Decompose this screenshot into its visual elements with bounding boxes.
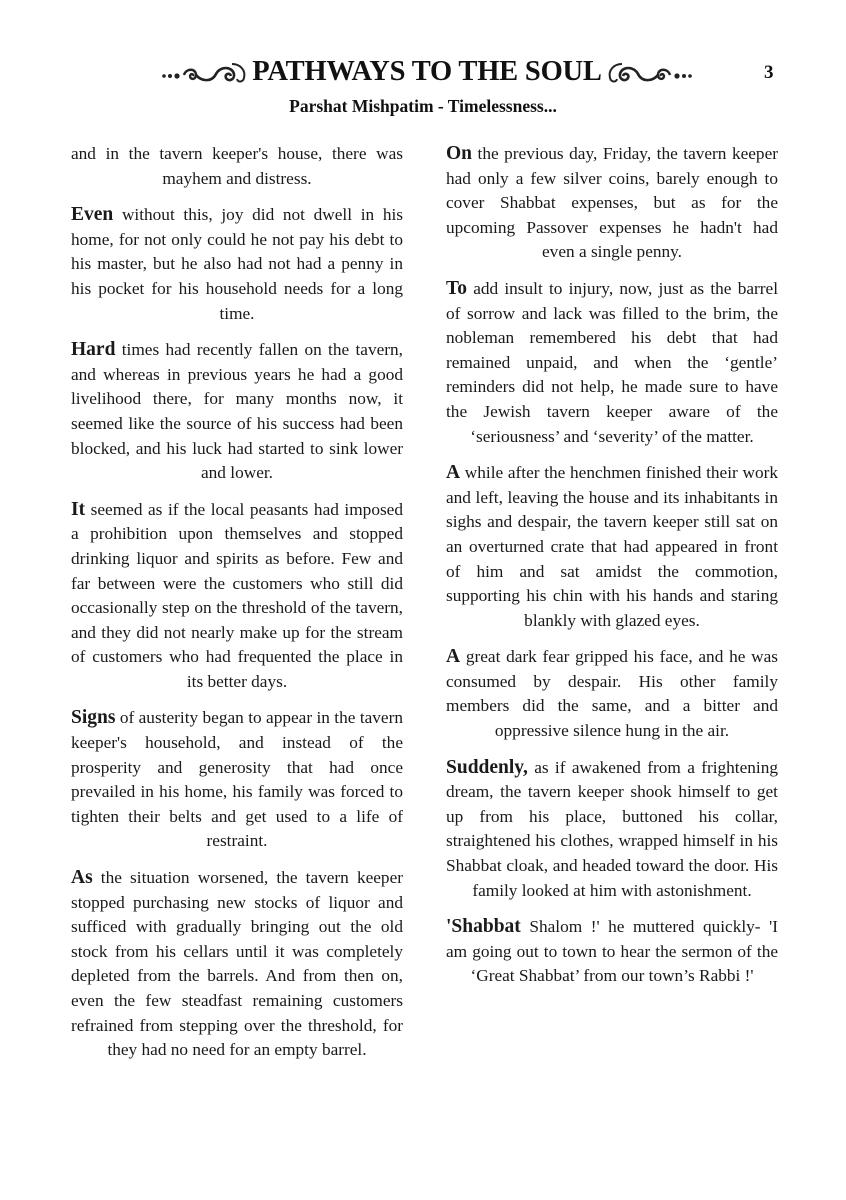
paragraph-lead-word: Suddenly, [446, 757, 528, 778]
paragraph-lead-word: Even [71, 204, 113, 225]
ornament-scroll-right-icon [606, 58, 694, 86]
paragraph-lead-word: As [71, 867, 93, 888]
paragraph-lead-word: To [446, 278, 467, 299]
paragraph: A great dark fear gripped his face, and … [446, 645, 778, 743]
paragraph: 'Shabbat Shalom !' he muttered quickly- … [446, 915, 778, 989]
article-subtitle: Parshat Mishpatim - Timelessness... [0, 96, 846, 117]
paragraph-text: the previous day, Friday, the tavern kee… [446, 144, 778, 261]
title-row: PATHWAYS TO THE SOUL [132, 52, 722, 92]
paragraph-text: of austerity began to appear in the tave… [71, 708, 403, 850]
paragraph-lead-word: A [446, 462, 460, 483]
paragraph-text: without this, joy did not dwell in his h… [71, 205, 403, 322]
paragraph-lead-word: Hard [71, 339, 115, 360]
paragraph-lead-word: A [446, 646, 460, 667]
paragraph: Hard times had recently fallen on the ta… [71, 338, 403, 486]
paragraph: As the situation worsened, the tavern ke… [71, 866, 403, 1063]
paragraph-lead-word: 'Shabbat [446, 916, 521, 937]
paragraph-text: while after the henchmen finished their … [446, 463, 778, 630]
paragraph-lead-word: It [71, 499, 85, 520]
paragraph: Suddenly, as if awakened from a frighten… [446, 756, 778, 904]
paragraph: Even without this, joy did not dwell in … [71, 203, 403, 326]
paragraph-text: times had recently fallen on the tavern,… [71, 340, 403, 482]
paragraph: and in the tavern keeper's house, there … [71, 142, 403, 191]
right-column: On the previous day, Friday, the tavern … [446, 142, 778, 1001]
paragraph: A while after the henchmen finished thei… [446, 461, 778, 633]
ornament-scroll-left-icon [160, 58, 248, 86]
paragraph-text: great dark fear gripped his face, and he… [446, 647, 778, 740]
page-header: PATHWAYS TO THE SOUL 3 [0, 52, 846, 92]
paragraph: On the previous day, Friday, the tavern … [446, 142, 778, 265]
paragraph: Signs of austerity began to appear in th… [71, 706, 403, 854]
paragraph-text: add insult to injury, now, just as the b… [446, 279, 778, 446]
paragraph-lead-word: Signs [71, 707, 115, 728]
paragraph: To add insult to injury, now, just as th… [446, 277, 778, 449]
left-column: and in the tavern keeper's house, there … [71, 142, 403, 1075]
paragraph-lead-word: On [446, 143, 472, 164]
paragraph-text: the situation worsened, the tavern keepe… [71, 868, 403, 1059]
publication-title: PATHWAYS TO THE SOUL [252, 56, 601, 88]
paragraph: It seemed as if the local peasants had i… [71, 498, 403, 695]
paragraph-text: and in the tavern keeper's house, there … [71, 144, 403, 188]
paragraph-text: seemed as if the local peasants had impo… [71, 500, 403, 691]
paragraph-text: as if awakened from a frightening dream,… [446, 758, 778, 900]
page-number: 3 [764, 62, 774, 84]
